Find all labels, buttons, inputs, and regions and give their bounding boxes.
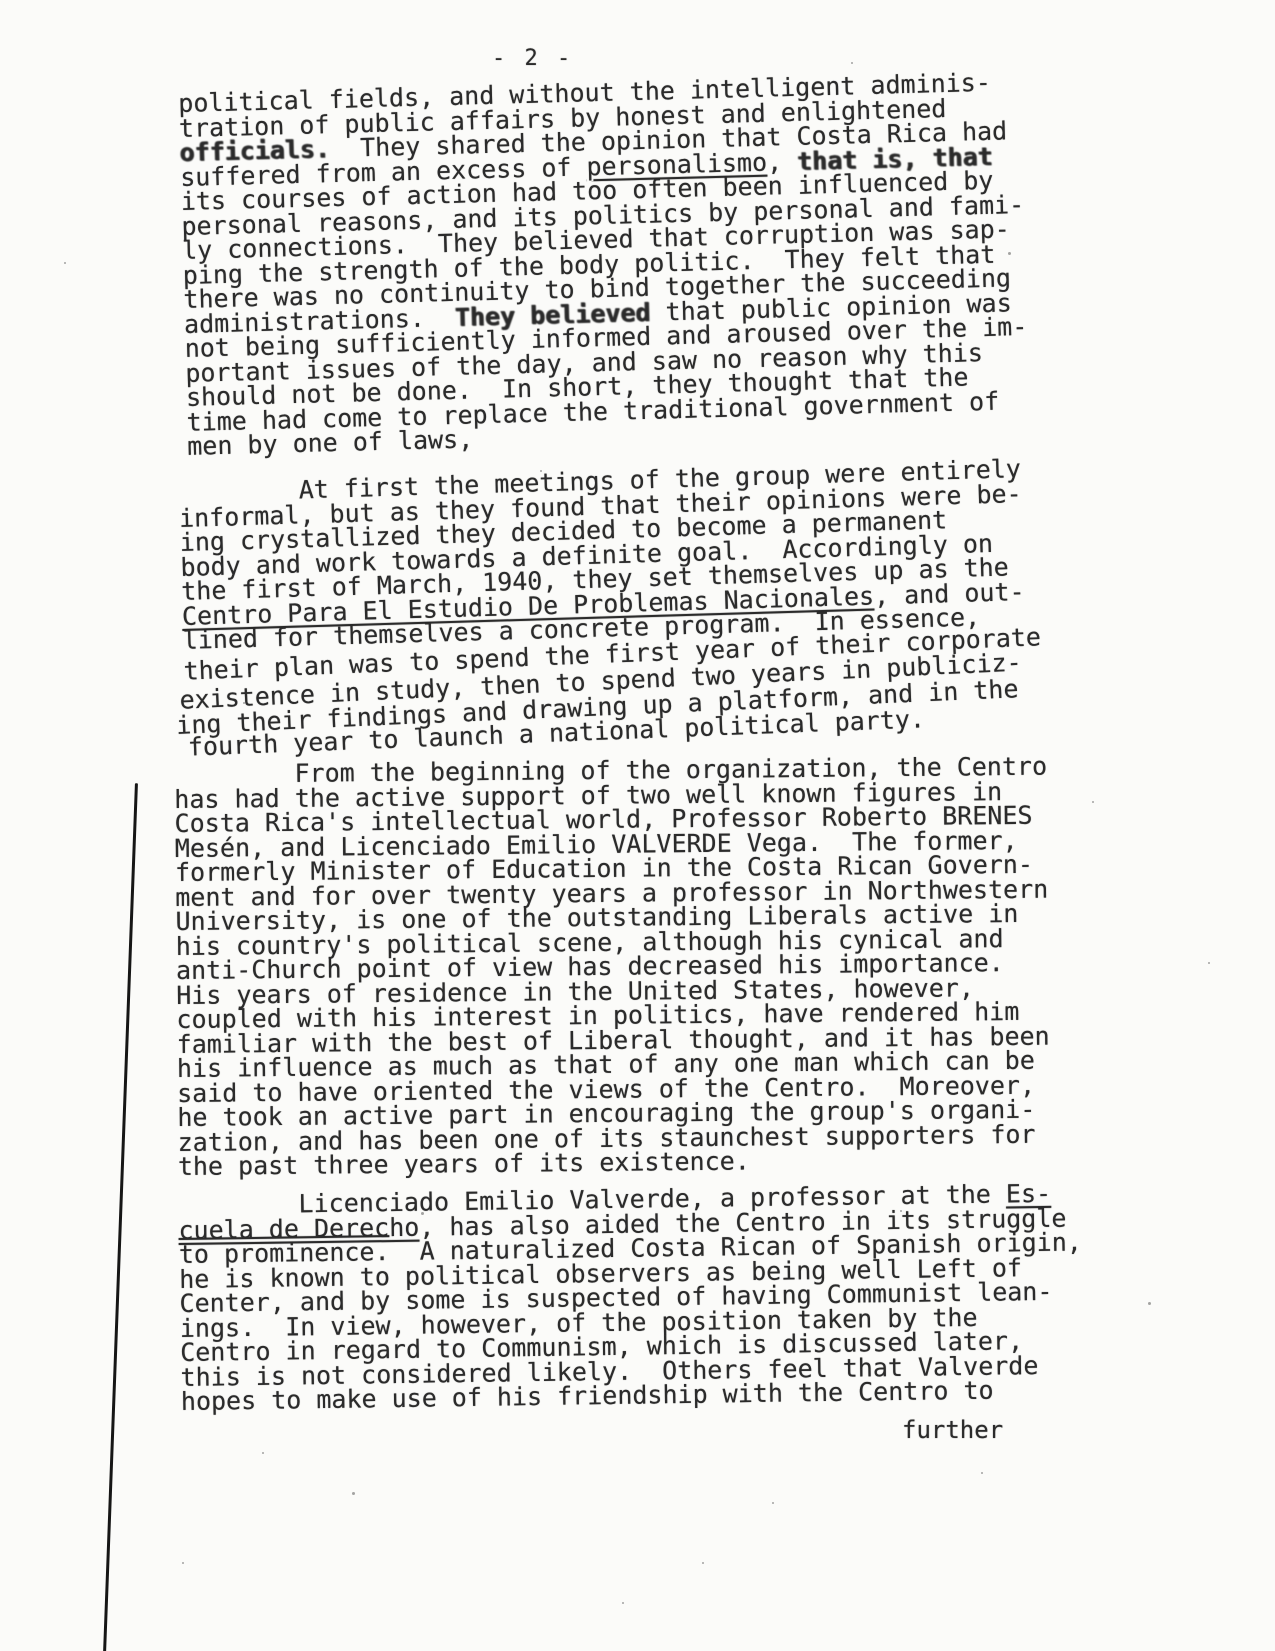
scan-speck (772, 1502, 774, 1504)
text-line: the past three years of its existence. (178, 1144, 1275, 1179)
scan-speck (1148, 1302, 1151, 1305)
scan-speck (243, 702, 245, 704)
scan-speck (182, 1562, 184, 1564)
paragraph-founding-of-centro: At first the meetings of the group were … (0, 449, 1275, 756)
paragraph-opinions-of-group: political fields, and without the intell… (0, 63, 1275, 464)
scan-speck (303, 121, 306, 124)
text-segment: men by one of laws, (187, 424, 474, 460)
scan-speck (1092, 801, 1094, 803)
overstruck-text: officials. (179, 134, 330, 167)
scan-speck (702, 1562, 704, 1564)
scan-speck (900, 1210, 902, 1212)
scan-speck (540, 470, 542, 472)
scan-speck (851, 62, 853, 64)
document-body: political fields, and without the intell… (0, 92, 1275, 1436)
text-segment: the past three years of its existence. (178, 1147, 750, 1181)
overstruck-text: They believed (455, 297, 651, 331)
paragraph-emilio-valverde: Licenciado Emilio Valverde, a professor … (0, 1178, 1275, 1416)
paragraph-brenes-mesen: From the beginning of the organization, … (0, 752, 1275, 1181)
scan-speck (1208, 962, 1210, 964)
continuation-word: further (902, 1416, 1003, 1444)
page-number: - 2 - (492, 46, 573, 71)
scan-speck (1008, 252, 1011, 255)
scanned-document-page: - 2 - political fields, and without the … (0, 0, 1275, 1651)
overstruck-text: that is, that (797, 141, 993, 175)
scan-speck (981, 1472, 983, 1474)
scan-speck (64, 262, 66, 264)
scan-speck (262, 1452, 264, 1454)
scan-speck (352, 1492, 355, 1495)
scan-speck (622, 1602, 624, 1604)
scan-speck (421, 1212, 424, 1215)
